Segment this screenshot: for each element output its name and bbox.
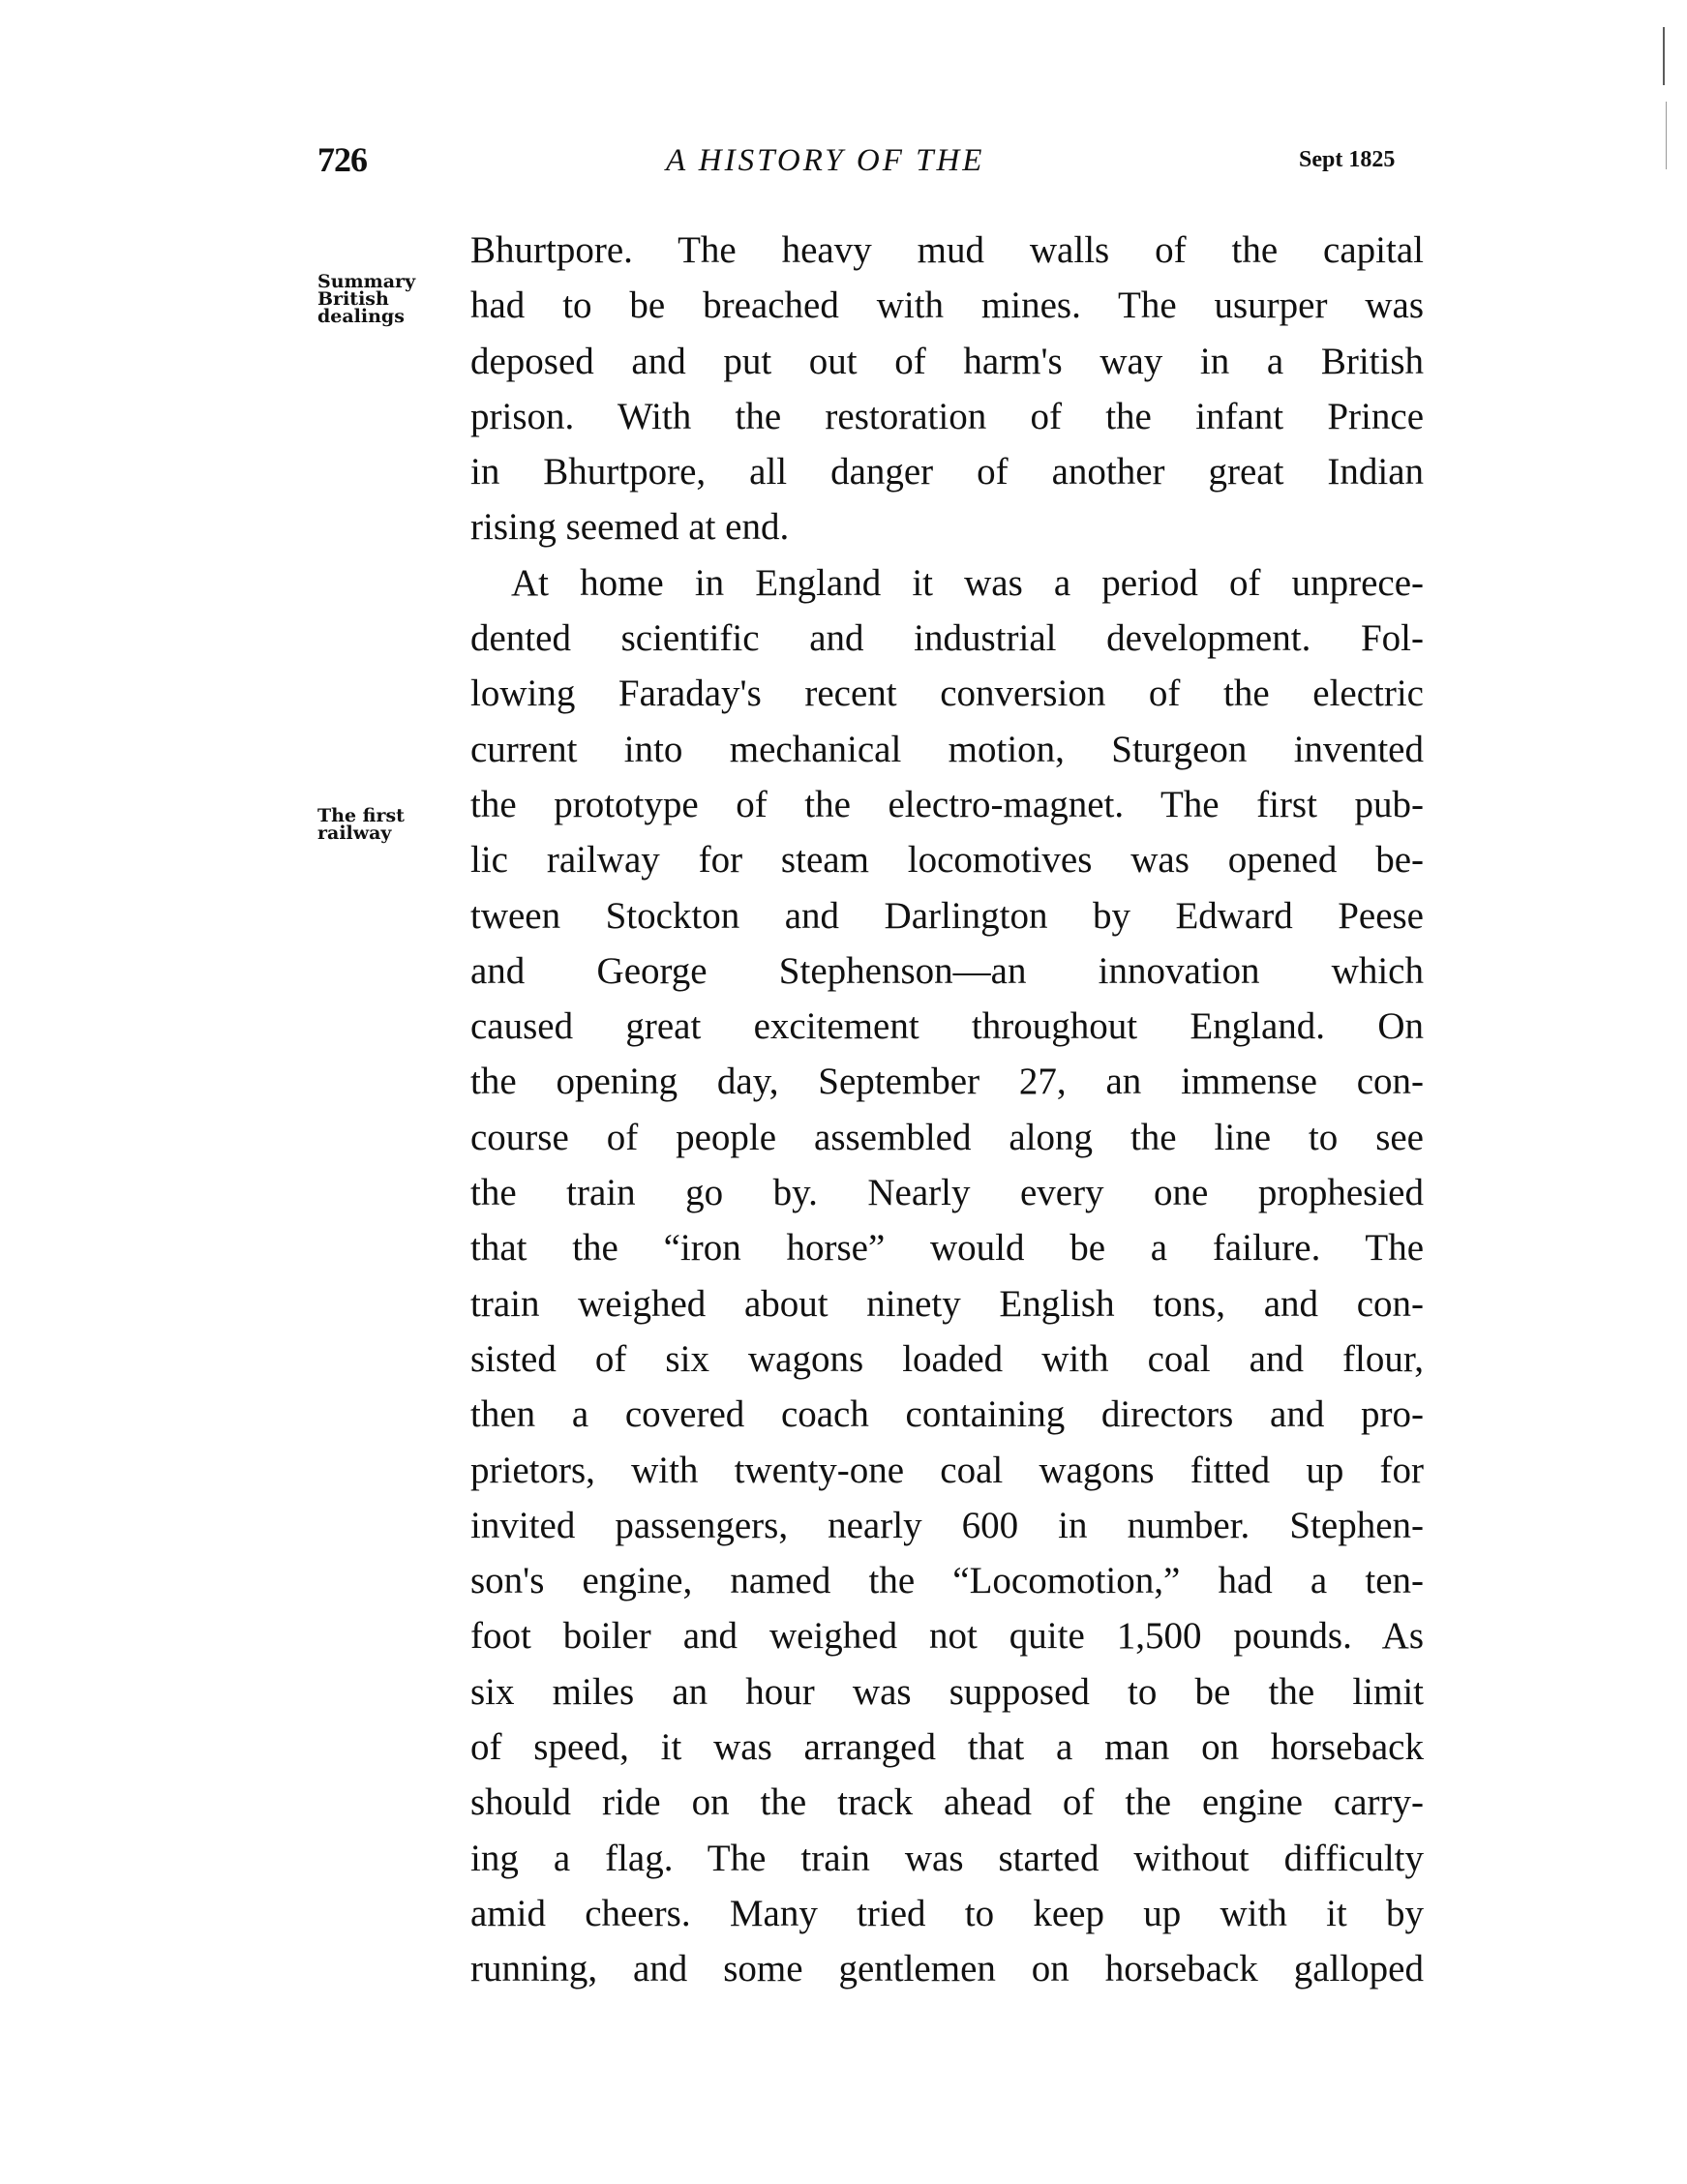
book-page: 726 A HISTORY OF THE Sept 1825 Summary B… xyxy=(0,0,1687,2184)
text-line: train weighed about ninety English tons,… xyxy=(470,1276,1424,1331)
text-line: rising seemed at end. xyxy=(470,499,1424,554)
text-line: lowing Faraday's recent conversion of th… xyxy=(470,666,1424,721)
text-line: foot boiler and weighed not quite 1,500 … xyxy=(470,1608,1424,1663)
text-line: prison. With the restoration of the infa… xyxy=(470,389,1424,444)
text-line: tween Stockton and Darlington by Edward … xyxy=(470,888,1424,943)
text-line: running, and some gentlemen on horseback… xyxy=(470,1941,1424,1996)
text-line: course of people assembled along the lin… xyxy=(470,1110,1424,1165)
text-line: prietors, with twenty-one coal wagons fi… xyxy=(470,1443,1424,1498)
text-line: of speed, it was arranged that a man on … xyxy=(470,1720,1424,1775)
text-line: lic railway for steam locomotives was op… xyxy=(470,832,1424,887)
running-header: 726 A HISTORY OF THE Sept 1825 xyxy=(0,135,1687,194)
text-line: should ride on the track ahead of the en… xyxy=(470,1775,1424,1830)
text-line: caused great excitement throughout Engla… xyxy=(470,999,1424,1054)
text-line: the prototype of the electro-magnet. The… xyxy=(470,777,1424,832)
text-line: dented scientific and industrial develop… xyxy=(470,611,1424,666)
text-line: deposed and put out of harm's way in a B… xyxy=(470,334,1424,389)
text-line: the train go by. Nearly every one prophe… xyxy=(470,1165,1424,1220)
margin-note-line: railway xyxy=(317,824,405,842)
book-title: A HISTORY OF THE xyxy=(666,143,984,179)
header-date: Sept 1825 xyxy=(1299,147,1395,173)
text-line: that the “iron horse” would be a failure… xyxy=(470,1220,1424,1275)
margin-note-first-railway: The first railway xyxy=(317,807,405,842)
text-line: Bhurtpore. The heavy mud walls of the ca… xyxy=(470,223,1424,278)
text-line: and George Stephenson—an innovation whic… xyxy=(470,943,1424,999)
text-line: son's engine, named the “Locomotion,” ha… xyxy=(470,1553,1424,1608)
text-line: then a covered coach containing director… xyxy=(470,1387,1424,1442)
text-line: ing a flag. The train was started withou… xyxy=(470,1831,1424,1886)
text-line: six miles an hour was supposed to be the… xyxy=(470,1664,1424,1720)
text-line: current into mechanical motion, Sturgeon… xyxy=(470,722,1424,777)
margin-note-line: dealings xyxy=(317,308,415,325)
margin-note-summary-british-dealings: Summary British dealings xyxy=(317,273,415,325)
scan-artifact xyxy=(1663,27,1665,85)
text-line: invited passengers, nearly 600 in number… xyxy=(470,1498,1424,1553)
body-text: Bhurtpore. The heavy mud walls of the ca… xyxy=(470,223,1424,1997)
text-line: had to be breached with mines. The usurp… xyxy=(470,278,1424,333)
page-number: 726 xyxy=(317,139,367,180)
text-line: sisted of six wagons loaded with coal an… xyxy=(470,1331,1424,1387)
text-line: At home in England it was a period of un… xyxy=(470,555,1424,611)
text-line: amid cheers. Many tried to keep up with … xyxy=(470,1886,1424,1941)
text-line: in Bhurtpore, all danger of another grea… xyxy=(470,444,1424,499)
text-line: the opening day, September 27, an immens… xyxy=(470,1054,1424,1109)
